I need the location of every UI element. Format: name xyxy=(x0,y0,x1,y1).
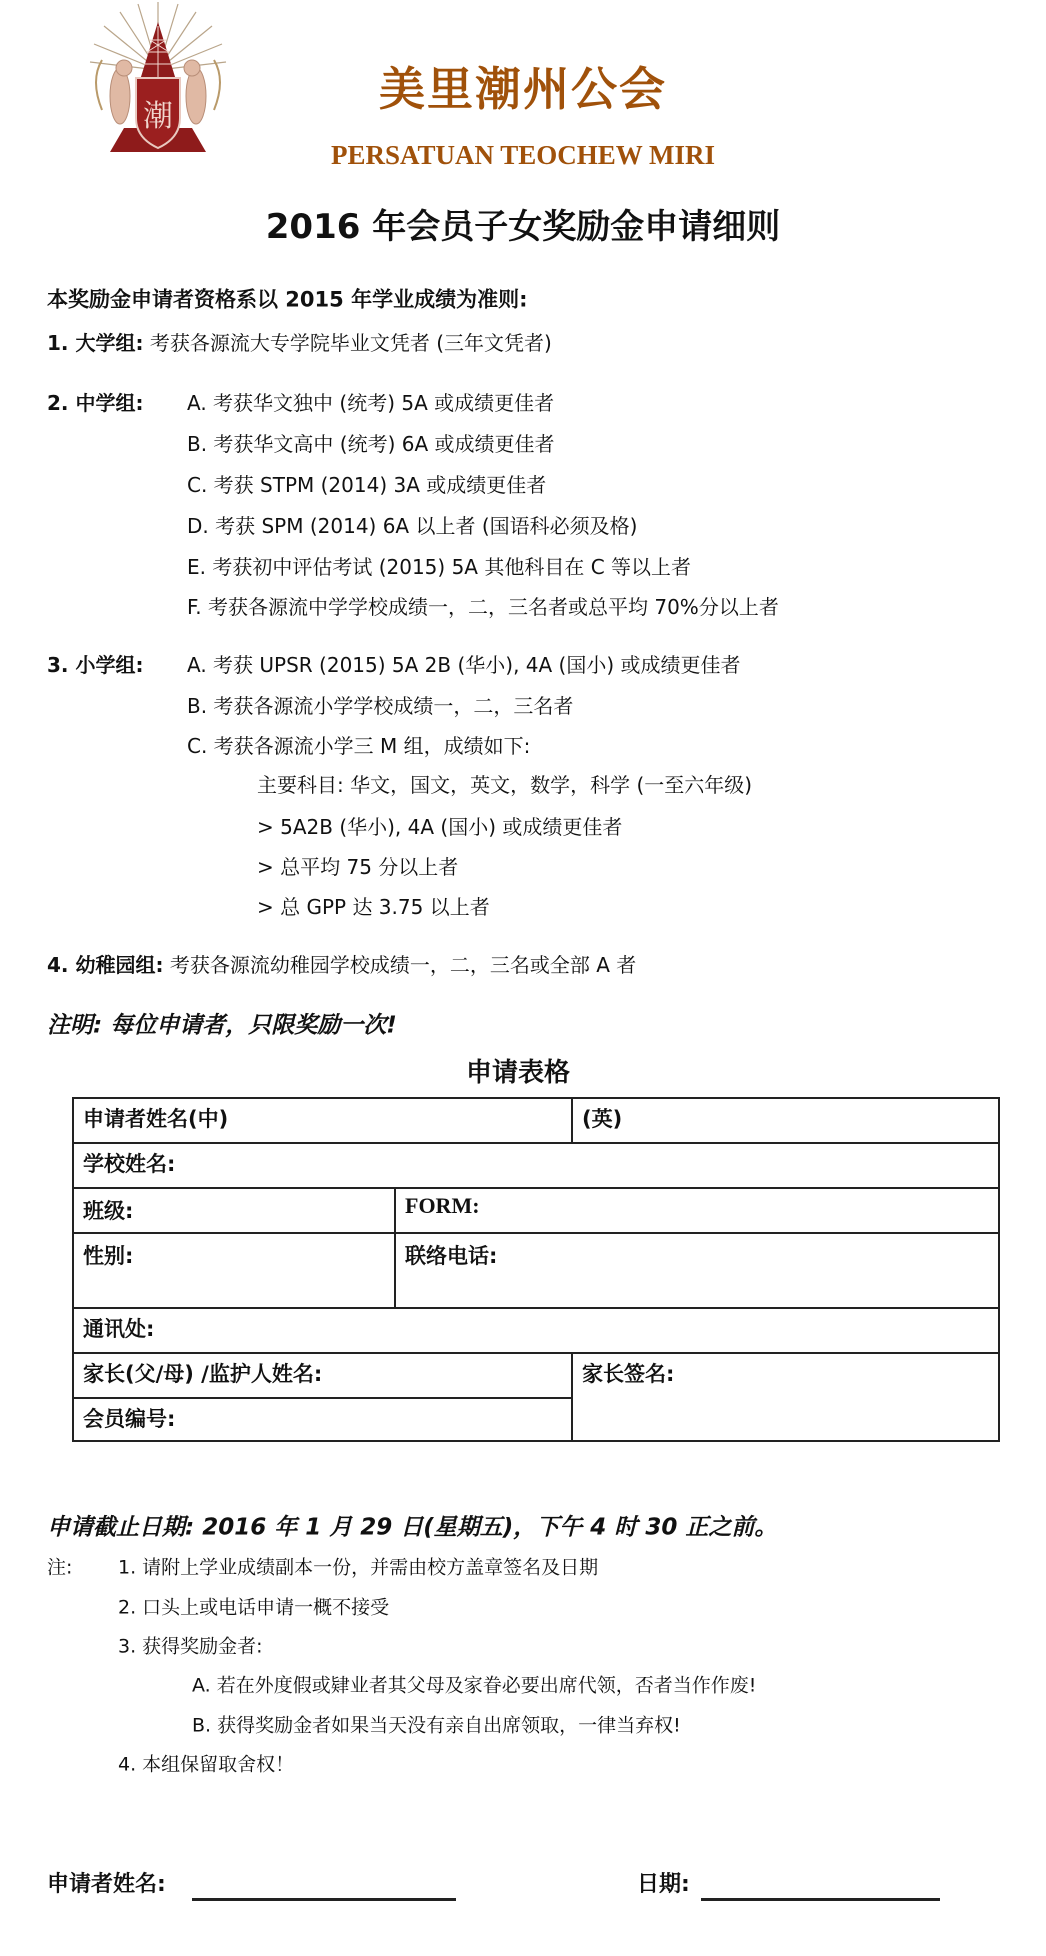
university-group-label: 1. 大学组: xyxy=(47,331,143,355)
org-name-english: PERSATUAN TEOCHEW MIRI xyxy=(0,142,1046,169)
application-form-table: 申请者姓名(中) (英) 学校姓名: 班级: FORM: 性别: 联络电话: 通… xyxy=(72,1097,1000,1441)
primary-subjects: 主要科目: 华文，国文，英文，数学，科学 (一至六年级) xyxy=(257,775,752,795)
note-item-2: 2. 口头上或电话申请一概不接受 xyxy=(118,1599,389,1618)
eligibility-intro: 本奖励金申请者资格系以 2015 年学业成绩为准则: xyxy=(47,290,527,311)
secondary-item-d: D. 考获 SPM (2014) 6A 以上者 (国语科必须及格) xyxy=(187,516,637,536)
form-level-field[interactable]: FORM: xyxy=(405,1195,480,1217)
primary-criteria-gpp: > 总 GPP 达 3.75 以上者 xyxy=(257,897,490,917)
applicant-name-en-field[interactable]: (英) xyxy=(582,1109,622,1130)
member-number-field[interactable]: 会员编号: xyxy=(83,1409,175,1430)
note-item-3: 3. 获得奖励金者: xyxy=(118,1638,263,1657)
form-title: 申请表格 xyxy=(0,1060,1036,1086)
secondary-item-f: F. 考获各源流中学学校成绩一，二，三名者或总平均 70%分以上者 xyxy=(187,597,779,617)
note-item-3a: A. 若在外度假或肄业者其父母及家眷必要出席代领，否者当作作废! xyxy=(192,1677,756,1696)
applicant-signature-label: 申请者姓名: xyxy=(47,1874,166,1896)
note-item-1: 1. 请附上学业成绩副本一份，并需由校方盖章签名及日期 xyxy=(118,1559,598,1578)
kindergarten-group-text: 考获各源流幼稚园学校成绩一，二，三名或全部 A 者 xyxy=(170,953,636,977)
note-item-3b: B. 获得奖励金者如果当天没有亲自出席领取，一律当弃权! xyxy=(192,1717,681,1736)
secondary-item-e: E. 考获初中评估考试 (2015) 5A 其他科目在 C 等以上者 xyxy=(187,557,691,577)
address-field[interactable]: 通讯处: xyxy=(83,1319,154,1340)
kindergarten-group: 4. 幼稚园组: 考获各源流幼稚园学校成绩一，二，三名或全部 A 者 xyxy=(47,955,636,975)
date-line[interactable] xyxy=(701,1898,940,1901)
secondary-group-label: 2. 中学组: xyxy=(47,393,143,413)
class-field[interactable]: 班级: xyxy=(83,1201,133,1222)
note-item-4: 4. 本组保留取舍权！ xyxy=(118,1756,294,1775)
parent-signature-field[interactable]: 家长签名: xyxy=(582,1364,674,1385)
secondary-item-b: B. 考获华文高中 (统考) 6A 或成绩更佳者 xyxy=(187,434,555,454)
org-name-chinese: 美里潮州公会 xyxy=(0,66,1046,112)
secondary-item-a: A. 考获华文独中 (统考) 5A 或成绩更佳者 xyxy=(187,393,554,413)
primary-item-b: B. 考获各源流小学学校成绩一，二，三名者 xyxy=(187,696,573,716)
notes-label: 注: xyxy=(47,1559,72,1578)
applicant-name-cn-field[interactable]: 申请者姓名(中) xyxy=(83,1109,228,1130)
primary-group-label: 3. 小学组: xyxy=(47,655,143,675)
primary-item-c: C. 考获各源流小学三 M 组，成绩如下: xyxy=(187,736,530,756)
guardian-name-field[interactable]: 家长(父/母) /监护人姓名: xyxy=(83,1364,322,1385)
applicant-signature-line[interactable] xyxy=(192,1898,456,1901)
document-title: 2016 年会员子女奖励金申请细则 xyxy=(0,210,1046,244)
once-only-remark: 注明: 每位申请者，只限奖励一次! xyxy=(47,1015,397,1038)
application-deadline: 申请截止日期: 2016 年 1 月 29 日(星期五)，下午 4 时 30 正… xyxy=(47,1517,777,1540)
gender-field[interactable]: 性别: xyxy=(83,1246,133,1267)
primary-item-a: A. 考获 UPSR (2015) 5A 2B (华小), 4A (国小) 或成… xyxy=(187,655,741,675)
primary-criteria-average: > 总平均 75 分以上者 xyxy=(257,857,458,877)
secondary-item-c: C. 考获 STPM (2014) 3A 或成绩更佳者 xyxy=(187,475,546,495)
school-name-field[interactable]: 学校姓名: xyxy=(83,1154,175,1175)
primary-criteria-grades: > 5A2B (华小), 4A (国小) 或成绩更佳者 xyxy=(257,817,622,837)
date-label: 日期: xyxy=(637,1874,690,1896)
phone-field[interactable]: 联络电话: xyxy=(405,1246,497,1267)
kindergarten-group-label: 4. 幼稚园组: xyxy=(47,953,163,977)
university-group-text: 考获各源流大专学院毕业文凭者 (三年文凭者) xyxy=(150,331,552,355)
university-group: 1. 大学组: 考获各源流大专学院毕业文凭者 (三年文凭者) xyxy=(47,333,552,353)
